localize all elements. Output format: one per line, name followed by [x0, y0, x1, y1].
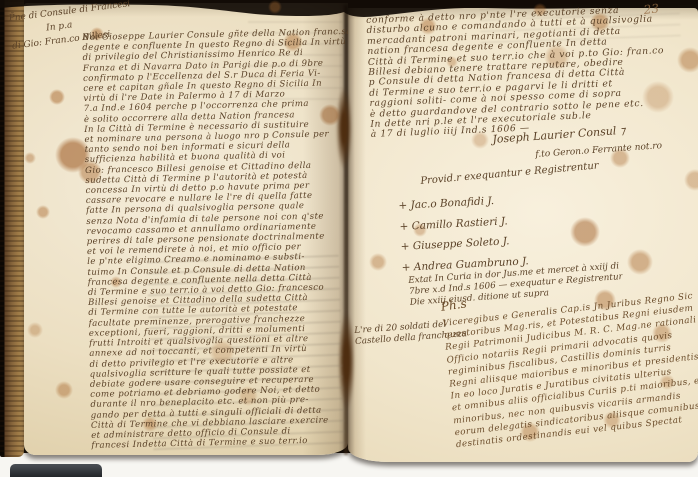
witness-signatures: + Jac.o Bonafidi J.+ Camillo Rastieri J.… — [398, 189, 529, 278]
table-edge-object — [10, 464, 102, 477]
left-page-body-text: Noi Gioseppe Laurier Consule gñte della … — [82, 27, 358, 457]
manuscript-photo: P̃ne di Consule di FrancesiIn p.adi Gio:… — [0, 0, 698, 477]
right-page-body-text: conforme à detto nro p'nte l're executor… — [366, 3, 691, 144]
book-binding-edge — [0, 0, 24, 457]
latin-body-text: Viceregibus e Generalis Cap.is Jn Juribu… — [442, 290, 698, 453]
